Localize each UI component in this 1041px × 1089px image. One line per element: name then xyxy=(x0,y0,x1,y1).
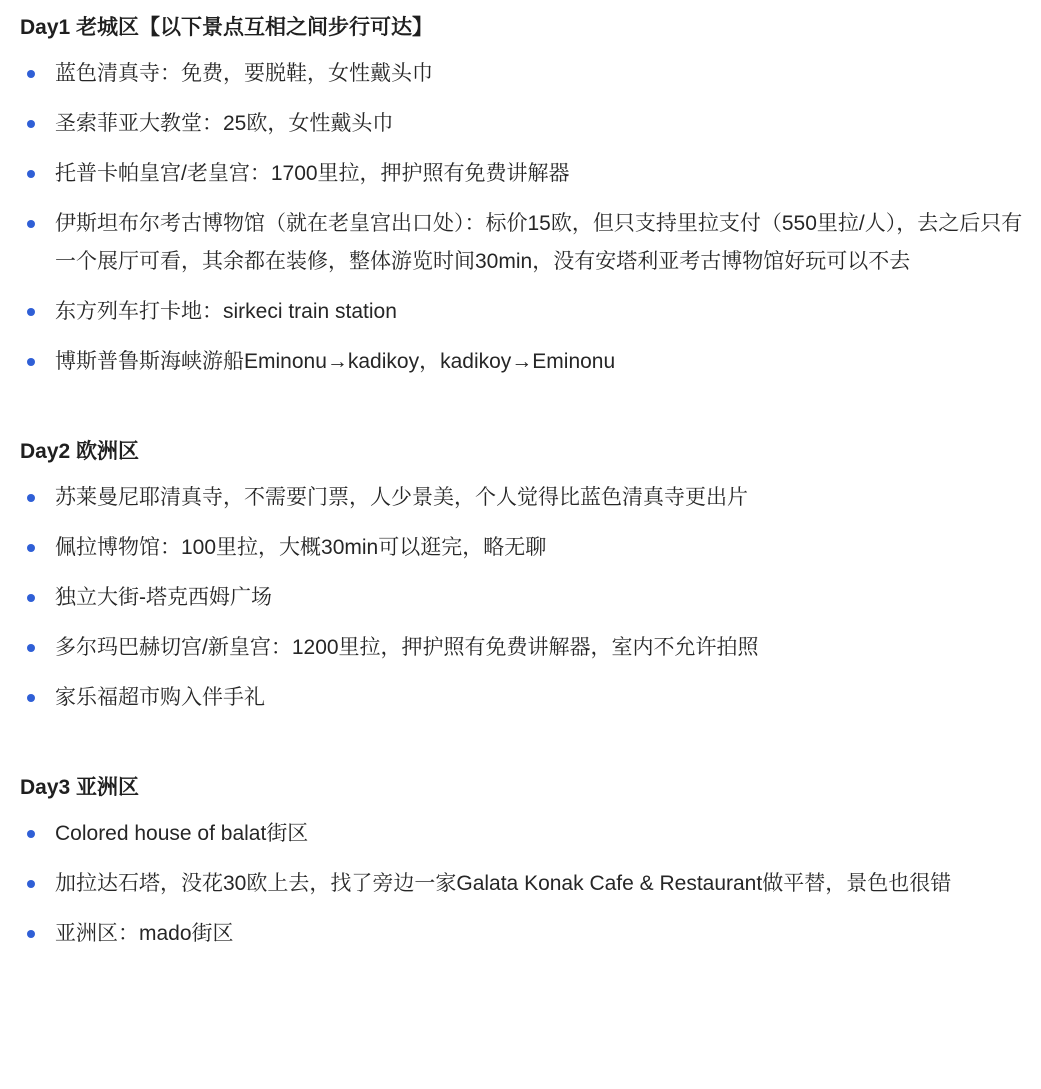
item-text: 佩拉博物馆：100里拉，大概30min可以逛完，略无聊 xyxy=(55,536,546,559)
list-item: 东方列车打卡地：sirkeci train station xyxy=(20,293,1041,331)
item-text: Colored house of balat街区 xyxy=(55,822,308,845)
bullet-icon xyxy=(27,930,35,938)
bullet-icon xyxy=(27,170,35,178)
section-title: Day3 亚洲区 xyxy=(20,773,1041,803)
bullet-icon xyxy=(27,494,35,502)
item-text: 多尔玛巴赫切宫/新皇宫：1200里拉，押护照有免费讲解器，室内不允许拍照 xyxy=(55,636,759,659)
bullet-icon xyxy=(27,830,35,838)
list-item: 苏莱曼尼耶清真寺，不需要门票，人少景美，个人觉得比蓝色清真寺更出片 xyxy=(20,479,1041,517)
item-text: 蓝色清真寺：免费，要脱鞋，女性戴头巾 xyxy=(55,62,433,85)
section-day2: Day2 欧洲区 苏莱曼尼耶清真寺，不需要门票，人少景美，个人觉得比蓝色清真寺更… xyxy=(20,437,1041,717)
list-item: 博斯普鲁斯海峡游船Eminonu→kadikoy，kadikoy→Eminonu xyxy=(20,343,1041,381)
list-item: 家乐福超市购入伴手礼 xyxy=(20,679,1041,717)
item-text: 加拉达石塔，没花30欧上去，找了旁边一家Galata Konak Cafe & … xyxy=(55,872,951,895)
bullet-icon xyxy=(27,120,35,128)
item-text: 亚洲区：mado街区 xyxy=(55,922,234,945)
bullet-icon xyxy=(27,644,35,652)
section-day1: Day1 老城区【以下景点互相之间步行可达】 蓝色清真寺：免费，要脱鞋，女性戴头… xyxy=(20,0,1041,381)
bullet-icon xyxy=(27,544,35,552)
bullet-icon xyxy=(27,880,35,888)
item-text: 家乐福超市购入伴手礼 xyxy=(55,686,265,709)
bullet-icon xyxy=(27,358,35,366)
bullet-icon xyxy=(27,308,35,316)
item-list: 蓝色清真寺：免费，要脱鞋，女性戴头巾 圣索菲亚大教堂：25欧，女性戴头巾 托普卡… xyxy=(20,55,1041,381)
list-item: 独立大街-塔克西姆广场 xyxy=(20,579,1041,617)
list-item: 多尔玛巴赫切宫/新皇宫：1200里拉，押护照有免费讲解器，室内不允许拍照 xyxy=(20,629,1041,667)
list-item: 圣索菲亚大教堂：25欧，女性戴头巾 xyxy=(20,105,1041,143)
list-item: 加拉达石塔，没花30欧上去，找了旁边一家Galata Konak Cafe & … xyxy=(20,865,1040,903)
bullet-icon xyxy=(27,70,35,78)
item-text: 托普卡帕皇宫/老皇宫：1700里拉，押护照有免费讲解器 xyxy=(55,162,570,185)
list-item: 托普卡帕皇宫/老皇宫：1700里拉，押护照有免费讲解器 xyxy=(20,155,1041,193)
section-spacer xyxy=(20,381,1041,437)
item-text: 苏莱曼尼耶清真寺，不需要门票，人少景美，个人觉得比蓝色清真寺更出片 xyxy=(55,486,748,509)
itinerary-document: Day1 老城区【以下景点互相之间步行可达】 蓝色清真寺：免费，要脱鞋，女性戴头… xyxy=(20,0,1041,953)
list-item: Colored house of balat街区 xyxy=(20,815,1041,853)
list-item: 亚洲区：mado街区 xyxy=(20,915,1041,953)
item-text: 独立大街-塔克西姆广场 xyxy=(55,586,272,609)
item-list: Colored house of balat街区 加拉达石塔，没花30欧上去，找… xyxy=(20,815,1041,953)
bullet-icon xyxy=(27,594,35,602)
bullet-icon xyxy=(27,694,35,702)
list-item: 伊斯坦布尔考古博物馆（就在老皇宫出口处）：标价15欧，但只支持里拉支付（550里… xyxy=(20,205,1040,281)
list-item: 佩拉博物馆：100里拉，大概30min可以逛完，略无聊 xyxy=(20,529,1041,567)
item-text: 圣索菲亚大教堂：25欧，女性戴头巾 xyxy=(55,112,393,135)
item-text: 东方列车打卡地：sirkeci train station xyxy=(55,300,397,323)
section-day3: Day3 亚洲区 Colored house of balat街区 加拉达石塔，… xyxy=(20,773,1041,953)
item-text: 博斯普鲁斯海峡游船Eminonu→kadikoy，kadikoy→Eminonu xyxy=(55,350,615,373)
item-list: 苏莱曼尼耶清真寺，不需要门票，人少景美，个人觉得比蓝色清真寺更出片 佩拉博物馆：… xyxy=(20,479,1041,717)
section-title: Day2 欧洲区 xyxy=(20,437,1041,467)
section-spacer xyxy=(20,717,1041,773)
bullet-icon xyxy=(27,220,35,228)
list-item: 蓝色清真寺：免费，要脱鞋，女性戴头巾 xyxy=(20,55,1041,93)
section-title: Day1 老城区【以下景点互相之间步行可达】 xyxy=(20,13,1041,43)
item-text: 伊斯坦布尔考古博物馆（就在老皇宫出口处）：标价15欧，但只支持里拉支付（550里… xyxy=(55,212,1022,273)
